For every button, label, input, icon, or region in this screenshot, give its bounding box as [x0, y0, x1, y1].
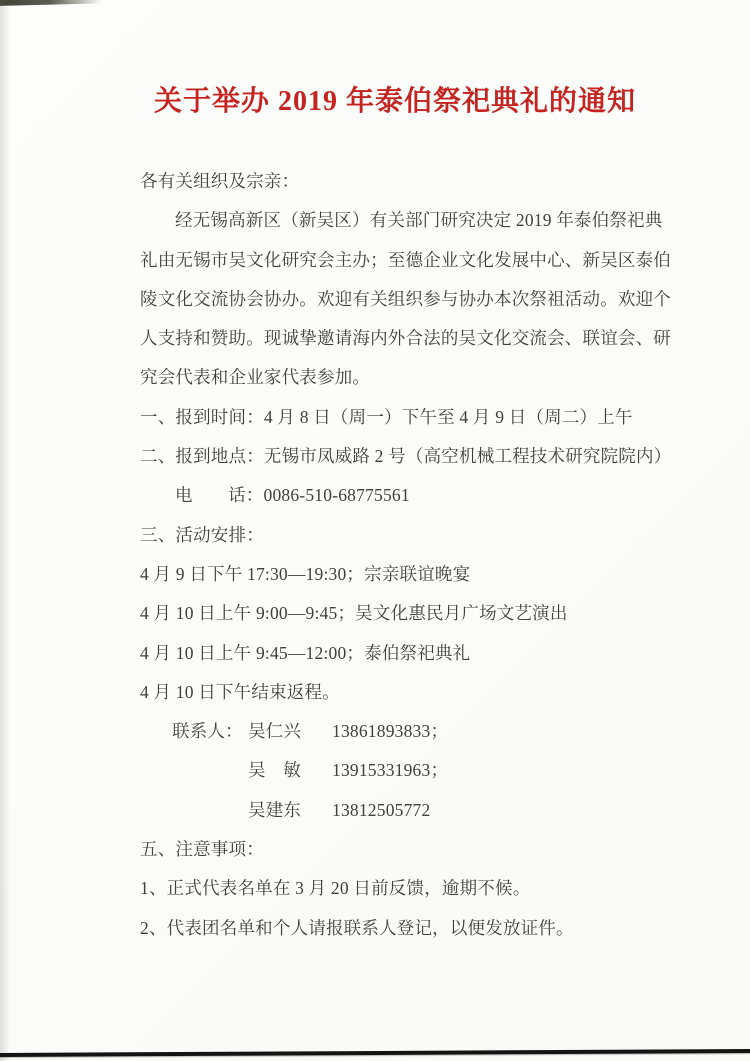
item-registration-place: 二、报到地点：无锡市凤威路 2 号（高空机械工程技术研究院院内）: [140, 437, 650, 476]
telephone-number: 0086-510-68775561: [264, 485, 410, 505]
contact-label: 联系人：: [172, 712, 248, 751]
telephone-label: 电 话：: [175, 485, 264, 505]
schedule-line-1: 4 月 9 日下午 17:30—19:30；宗亲联谊晚宴: [140, 555, 650, 594]
contact-name-3: 吴建东: [248, 791, 332, 830]
schedule-line-4: 4 月 10 日下午结束返程。: [140, 673, 650, 712]
schedule-line-3: 4 月 10 日上午 9:45—12:00；泰伯祭祀典礼: [140, 634, 650, 673]
document-title: 关于举办 2019 年泰伯祭祀典礼的通知: [140, 83, 650, 121]
schedule-line-2: 4 月 10 日上午 9:00—9:45；吴文化惠民月广场文艺演出: [140, 594, 650, 633]
contact-name-1: 吴仁兴: [248, 712, 332, 751]
photographed-document: 关于举办 2019 年泰伯祭祀典礼的通知 各有关组织及宗亲： 经无锡高新区（新吴…: [0, 0, 750, 1061]
contact-name-2: 吴 敏: [248, 751, 332, 790]
contact-phone-2: 13915331963；: [332, 751, 448, 790]
intro-line-5: 究会代表和企业家代表参加。: [140, 358, 650, 397]
contact-row-2: 吴 敏 13915331963；: [140, 751, 650, 790]
contact-label-spacer-1: [172, 751, 248, 790]
intro-line-4: 人支持和赞助。现诚挚邀请海内外合法的吴文化交流会、联谊会、研: [140, 319, 650, 358]
item-registration-time: 一、报到时间：4 月 8 日（周一）下午至 4 月 9 日（周二）上午: [140, 398, 650, 437]
schedule-header: 三、活动安排：: [140, 516, 650, 555]
contact-row-3: 吴建东 13812505772: [140, 791, 650, 830]
contact-label-spacer-2: [172, 791, 248, 830]
contact-row-1: 联系人： 吴仁兴 13861893833；: [140, 712, 650, 751]
photo-artifact-bottom-edge: [0, 1049, 750, 1056]
contact-phone-1: 13861893833；: [332, 712, 448, 751]
intro-line-3: 陵文化交流协会协办。欢迎有关组织参与协办本次祭祖活动。欢迎个: [140, 280, 650, 319]
document-page: 关于举办 2019 年泰伯祭祀典礼的通知 各有关组织及宗亲： 经无锡高新区（新吴…: [0, 0, 750, 948]
contact-phone-3: 13812505772: [332, 791, 430, 830]
intro-line-1: 经无锡高新区（新吴区）有关部门研究决定 2019 年泰伯祭祀典: [140, 201, 650, 240]
notes-header: 五、注意事项：: [140, 830, 650, 869]
telephone-line: 电 话：0086-510-68775561: [140, 476, 650, 515]
note-line-2: 2、代表团名单和个人请报联系人登记，以便发放证件。: [140, 909, 650, 948]
intro-line-2: 礼由无锡市吴文化研究会主办；至德企业文化发展中心、新吴区泰伯: [140, 241, 650, 280]
note-line-1: 1、正式代表名单在 3 月 20 日前反馈，逾期不候。: [140, 869, 650, 908]
salutation-line: 各有关组织及宗亲：: [140, 162, 650, 201]
